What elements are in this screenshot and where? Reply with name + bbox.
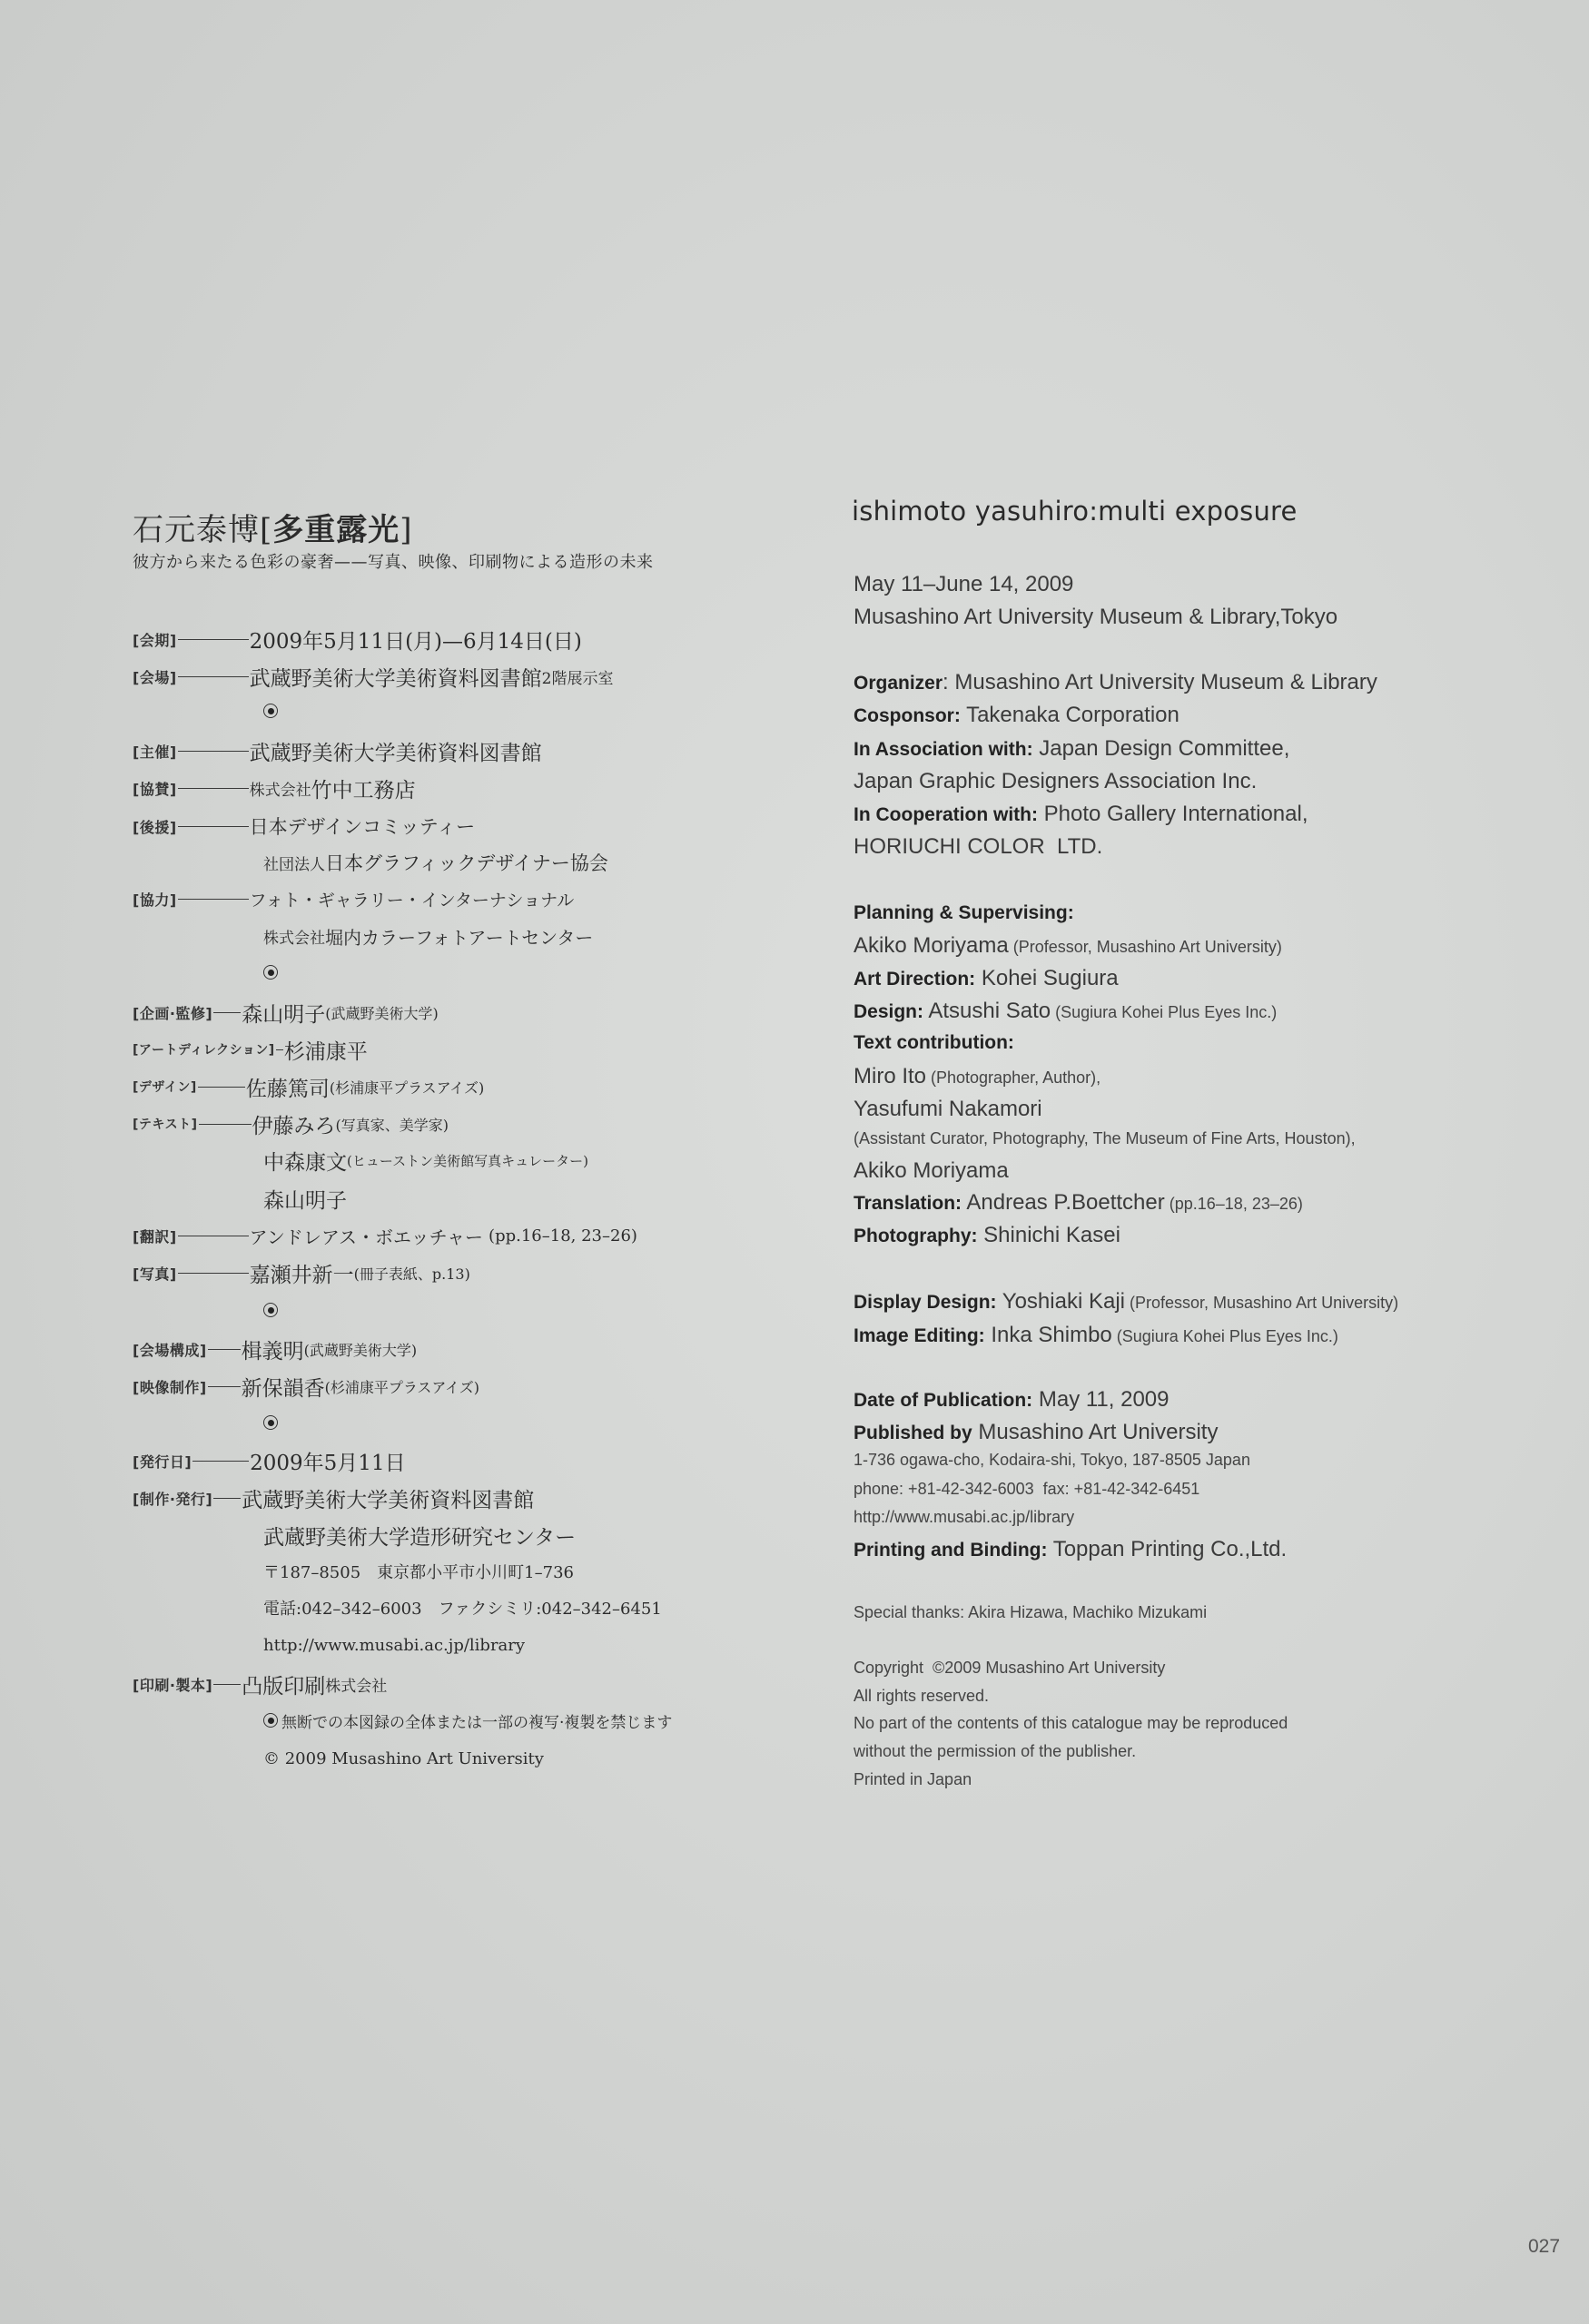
jp-row-video: [映像制作] 新保韻香 (杉浦康平プラスアイズ) — [133, 1373, 479, 1400]
jp-row-publisher-address: 〒187–8505 東京都小平市小川町1–736 — [263, 1558, 574, 1585]
row-note: (杉浦康平プラスアイズ) — [325, 1376, 479, 1397]
en-copyright-line: without the permission of the publisher. — [854, 1742, 1136, 1761]
leader-line — [178, 899, 249, 900]
row-value: 日本グラフィックデザイナー協会 — [325, 849, 608, 876]
en-text-contribution-label: Text contribution: — [854, 1032, 1014, 1054]
row-value: 2009年5月11日 — [250, 1446, 405, 1476]
credit-value: Kohei Sugiura — [975, 966, 1118, 990]
credit-label: Organizer — [854, 673, 943, 694]
en-text-contributor-3: Akiko Moriyama — [854, 1158, 1009, 1184]
row-value-suffix: 株式会社 — [325, 1673, 387, 1696]
jp-row-publisher-phone: 電話:042–342–6003 ファクシミリ:042–342–6451 — [263, 1594, 662, 1621]
credit-value: Japan Design Committee, — [1033, 736, 1290, 761]
credit-value: Toppan Printing Co.,Ltd. — [1047, 1537, 1287, 1561]
jp-row-cosponsor: [協賛] 株式会社 竹中工務店 — [133, 774, 416, 802]
row-label: [主催] — [133, 741, 177, 762]
copyright-text: © 2009 Musashino Art University — [263, 1749, 544, 1768]
jp-row-text-line2: 中森康文 (ヒューストン美術館写真キュレーター) — [263, 1147, 588, 1174]
bracket-close: ] — [400, 512, 412, 548]
leader-line — [178, 788, 249, 789]
jp-row-art-direction: [アートディレクション] 杉浦康平 — [133, 1036, 368, 1063]
jp-title: 石元泰博[多重露光] — [133, 505, 413, 549]
row-value: 森山明子 — [242, 998, 325, 1028]
en-text-contributor-1: Miro Ito (Photographer, Author), — [854, 1064, 1100, 1089]
jp-row-publisher-url: http://www.musabi.ac.jp/library — [263, 1631, 525, 1659]
jp-row-period: [会期] 2009年5月11日(月)—6月14日(日) — [133, 625, 582, 653]
jp-subtitle: 彼方から来たる色彩の豪奢——写真、映像、印刷物による造形の未来 — [133, 549, 654, 573]
row-value: 杉浦康平 — [284, 1035, 368, 1065]
en-published-by: Published by Musashino Art University — [854, 1420, 1218, 1445]
en-cooperation-line2: HORIUCHI COLOR LTD. — [854, 834, 1102, 860]
row-value: 中森康文 — [263, 1146, 347, 1176]
leader-line — [276, 1049, 283, 1050]
credit-label: Display Design: — [854, 1292, 997, 1313]
row-label: [協力] — [133, 889, 177, 910]
row-label: [会期] — [133, 629, 177, 650]
jp-row-cooperation-line2: 株式会社 堀内カラーフォトアートセンター — [263, 922, 593, 950]
en-art-direction: Art Direction: Kohei Sugiura — [854, 966, 1119, 991]
credit-note: (Photographer, Author), — [926, 1068, 1100, 1087]
en-text-contributor-2: Yasufumi Nakamori — [854, 1097, 1042, 1122]
row-label: [後援] — [133, 816, 177, 837]
credit-label: Translation: — [854, 1193, 962, 1214]
credit-label: In Association with: — [854, 739, 1033, 760]
credit-value: Miro Ito — [854, 1064, 926, 1088]
row-value: 武蔵野美術大学美術資料図書館 — [250, 662, 542, 692]
jp-row-notice: 無断での本図録の全体または一部の複写·複製を禁じます — [263, 1707, 672, 1734]
row-note: (杉浦康平プラスアイズ) — [330, 1077, 484, 1098]
row-label: [会場] — [133, 666, 177, 687]
en-copyright-line: Printed in Japan — [854, 1770, 972, 1789]
bullet-dot-icon — [263, 1713, 278, 1728]
row-value: 伊藤みろ — [252, 1109, 336, 1139]
leader-line — [178, 1236, 249, 1236]
row-label: [テキスト] — [133, 1115, 198, 1133]
row-value: 竹中工務店 — [311, 773, 416, 803]
row-value: アンドレアス・ボエッチャー — [250, 1223, 483, 1249]
credit-value: Shinichi Kasei — [978, 1223, 1120, 1247]
en-phone-fax: phone: +81-42-342-6003 fax: +81-42-342-6… — [854, 1480, 1199, 1499]
credit-value: Inka Shimbo — [985, 1323, 1112, 1347]
jp-row-copyright: © 2009 Musashino Art University — [263, 1745, 544, 1772]
catalogue-colophon-page: 石元泰博[多重露光] 彼方から来たる色彩の豪奢——写真、映像、印刷物による造形の… — [0, 0, 1589, 2324]
en-publication-date: Date of Publication: May 11, 2009 — [854, 1387, 1170, 1413]
credit-label: Art Direction: — [854, 969, 975, 990]
credit-label: Cosponsor: — [854, 705, 961, 726]
en-special-thanks: Special thanks: Akira Hizawa, Machiko Mi… — [854, 1603, 1207, 1622]
en-organizer: Organizer: Musashino Art University Muse… — [854, 670, 1377, 695]
en-association: In Association with: Japan Design Commit… — [854, 736, 1289, 762]
credit-label: In Cooperation with: — [854, 804, 1038, 825]
row-label: [企画·監修] — [133, 1002, 212, 1023]
jp-row-translation: [翻訳] アンドレアス・ボエッチャー (pp.16–18, 23–26) — [133, 1222, 637, 1249]
credit-note: (Sugiura Kohei Plus Eyes Inc.) — [1112, 1327, 1338, 1345]
credit-value: Andreas P.Boettcher — [962, 1190, 1165, 1215]
leader-line — [178, 826, 249, 827]
jp-row-venue: [会場] 武蔵野美術大学美術資料図書館 2階展示室 — [133, 663, 613, 690]
credit-value: Yoshiaki Kaji — [997, 1289, 1125, 1314]
en-association-line2: Japan Graphic Designers Association Inc. — [854, 769, 1257, 794]
leader-line — [178, 676, 249, 677]
row-label: [制作·発行] — [133, 1488, 212, 1509]
credit-value: Musashino Art University — [972, 1420, 1219, 1444]
row-value: 武蔵野美術大学造形研究センター — [263, 1521, 576, 1551]
row-label: [写真] — [133, 1263, 177, 1284]
row-value-prefix: 社団法人 — [263, 852, 325, 874]
row-label: [デザイン] — [133, 1078, 197, 1096]
bullet-dot-icon — [263, 704, 278, 718]
row-value: 嘉瀬井新一 — [250, 1258, 354, 1288]
row-note: (武蔵野美術大学) — [325, 1002, 439, 1023]
row-value: 佐藤篤司 — [246, 1072, 330, 1102]
en-translation: Translation: Andreas P.Boettcher (pp.16–… — [854, 1190, 1303, 1216]
credit-value: Photo Gallery International, — [1038, 802, 1308, 826]
leader-line — [178, 751, 249, 752]
row-note: (pp.16–18, 23–26) — [489, 1226, 637, 1246]
jp-row-issue-date: [発行日] 2009年5月11日 — [133, 1447, 406, 1474]
row-value: 日本デザインコミッティー — [250, 812, 475, 840]
row-note: (武蔵野美術大学) — [304, 1339, 418, 1360]
row-label: [アートディレクション] — [133, 1040, 275, 1059]
row-value: フォト・ギャラリー・インターナショナル — [250, 887, 575, 911]
jp-row-publisher-line2: 武蔵野美術大学造形研究センター — [263, 1521, 576, 1549]
row-label: [会場構成] — [133, 1339, 207, 1360]
row-note: (冊子表紙、p.13) — [354, 1263, 470, 1284]
en-text-contributor-2-note: (Assistant Curator, Photography, The Mus… — [854, 1129, 1356, 1148]
address-text: 〒187–8505 東京都小平市小川町1–736 — [263, 1560, 574, 1583]
row-label: [発行日] — [133, 1451, 192, 1472]
credit-label: Image Editing: — [854, 1325, 985, 1346]
leader-line — [213, 1012, 241, 1013]
row-value: 武蔵野美術大学美術資料図書館 — [242, 1483, 534, 1513]
en-display-design: Display Design: Yoshiaki Kaji (Professor… — [854, 1289, 1398, 1315]
credit-note: (Sugiura Kohei Plus Eyes Inc.) — [1051, 1003, 1277, 1021]
en-url: http://www.musabi.ac.jp/library — [854, 1508, 1074, 1527]
en-design: Design: Atsushi Sato (Sugiura Kohei Plus… — [854, 999, 1277, 1024]
jp-row-photography: [写真] 嘉瀬井新一 (冊子表紙、p.13) — [133, 1259, 470, 1286]
en-image-editing: Image Editing: Inka Shimbo (Sugiura Kohe… — [854, 1323, 1338, 1348]
jp-row-organizer: [主催] 武蔵野美術大学美術資料図書館 — [133, 737, 542, 764]
jp-row-publisher: [制作·発行] 武蔵野美術大学美術資料図書館 — [133, 1484, 534, 1512]
reproduction-notice: 無断での本図録の全体または一部の複写·複製を禁じます — [281, 1709, 672, 1732]
bullet-dot-icon — [263, 965, 278, 980]
row-note: (ヒューストン美術館写真キュレーター) — [347, 1151, 588, 1170]
row-label: [翻訳] — [133, 1226, 177, 1246]
jp-row-support: [後援] 日本デザインコミッティー — [133, 812, 475, 840]
en-printing: Printing and Binding: Toppan Printing Co… — [854, 1537, 1287, 1562]
jp-row-display: [会場構成] 楫義明 (武蔵野美術大学) — [133, 1335, 417, 1363]
en-title: ishimoto yasuhiro:multi exposure — [852, 496, 1298, 527]
leader-line — [192, 1461, 249, 1462]
en-copyright-line: Copyright ©2009 Musashino Art University — [854, 1659, 1165, 1678]
credit-label: Date of Publication: — [854, 1390, 1032, 1411]
row-label: [映像制作] — [133, 1376, 207, 1397]
leader-line — [213, 1684, 241, 1685]
en-dates: May 11–June 14, 2009 — [854, 572, 1073, 597]
row-value: 堀内カラーフォトアートセンター — [325, 923, 593, 950]
phone-fax-text: 電話:042–342–6003 ファクシミリ:042–342–6451 — [263, 1596, 662, 1620]
en-venue: Musashino Art University Museum & Librar… — [854, 605, 1337, 630]
leader-line — [213, 1498, 241, 1499]
jp-title-exhibition: 多重露光 — [272, 512, 400, 548]
jp-row-planning: [企画·監修] 森山明子 (武蔵野美術大学) — [133, 999, 439, 1026]
row-value: 凸版印刷 — [242, 1669, 325, 1699]
bracket-open: [ — [260, 512, 272, 548]
separator: : — [943, 670, 954, 694]
bullet-dot-icon — [263, 1415, 278, 1430]
row-label: [協賛] — [133, 778, 177, 799]
jp-row-printing: [印刷·製本] 凸版印刷 株式会社 — [133, 1670, 387, 1698]
leader-line — [178, 639, 249, 640]
row-value: 2009年5月11日(月)—6月14日(日) — [250, 625, 582, 655]
row-value: 武蔵野美術大学美術資料図書館 — [250, 736, 542, 766]
credit-label: Printing and Binding: — [854, 1540, 1047, 1561]
row-value-prefix: 株式会社 — [250, 777, 311, 800]
row-note: (写真家、美学家) — [336, 1114, 449, 1135]
row-value: 森山明子 — [263, 1184, 347, 1214]
credit-value: Akiko Moriyama — [854, 933, 1009, 958]
leader-line — [208, 1349, 241, 1350]
credit-label: Photography: — [854, 1226, 978, 1246]
bullet-dot-icon — [263, 1303, 278, 1317]
credit-value: Takenaka Corporation — [961, 703, 1179, 727]
row-value-suffix: 2階展示室 — [542, 665, 614, 688]
leader-line — [208, 1386, 241, 1387]
jp-row-support-line2: 社団法人 日本グラフィックデザイナー協会 — [263, 849, 608, 876]
en-copyright-line: All rights reserved. — [854, 1687, 989, 1706]
en-cooperation: In Cooperation with: Photo Gallery Inter… — [854, 802, 1308, 827]
credit-label: Published by — [854, 1423, 972, 1443]
en-cosponsor: Cosponsor: Takenaka Corporation — [854, 703, 1179, 728]
en-planning: Akiko Moriyama (Professor, Musashino Art… — [854, 933, 1282, 959]
en-planning-label: Planning & Supervising: — [854, 902, 1074, 924]
credit-note: (Professor, Musashino Art University) — [1009, 938, 1282, 956]
credit-value: Musashino Art University Museum & Librar… — [954, 670, 1377, 694]
jp-row-cooperation: [協力] フォト・ギャラリー・インターナショナル — [133, 885, 574, 912]
row-value: 楫義明 — [242, 1334, 304, 1364]
jp-row-text-line3: 森山明子 — [263, 1185, 347, 1212]
leader-line — [199, 1124, 252, 1125]
leader-line — [178, 1273, 249, 1274]
row-value: 新保韻香 — [242, 1372, 325, 1402]
jp-row-design: [デザイン] 佐藤篤司 (杉浦康平プラスアイズ) — [133, 1073, 484, 1100]
leader-line — [198, 1087, 245, 1088]
en-photography: Photography: Shinichi Kasei — [854, 1223, 1120, 1248]
row-value-prefix: 株式会社 — [263, 925, 325, 948]
credit-value: Atsushi Sato — [923, 999, 1051, 1023]
url-text: http://www.musabi.ac.jp/library — [263, 1636, 525, 1655]
credit-note: (pp.16–18, 23–26) — [1165, 1195, 1303, 1213]
credit-note: (Professor, Musashino Art University) — [1125, 1294, 1398, 1312]
jp-row-text: [テキスト] 伊藤みろ (写真家、美学家) — [133, 1110, 449, 1137]
page-number: 027 — [1528, 2236, 1560, 2258]
credit-label: Design: — [854, 1001, 923, 1022]
en-address: 1-736 ogawa-cho, Kodaira-shi, Tokyo, 187… — [854, 1451, 1250, 1470]
jp-title-artist: 石元泰博 — [133, 512, 260, 548]
row-label: [印刷·製本] — [133, 1674, 212, 1695]
en-copyright-line: No part of the contents of this catalogu… — [854, 1714, 1288, 1733]
credit-value: May 11, 2009 — [1032, 1387, 1169, 1412]
